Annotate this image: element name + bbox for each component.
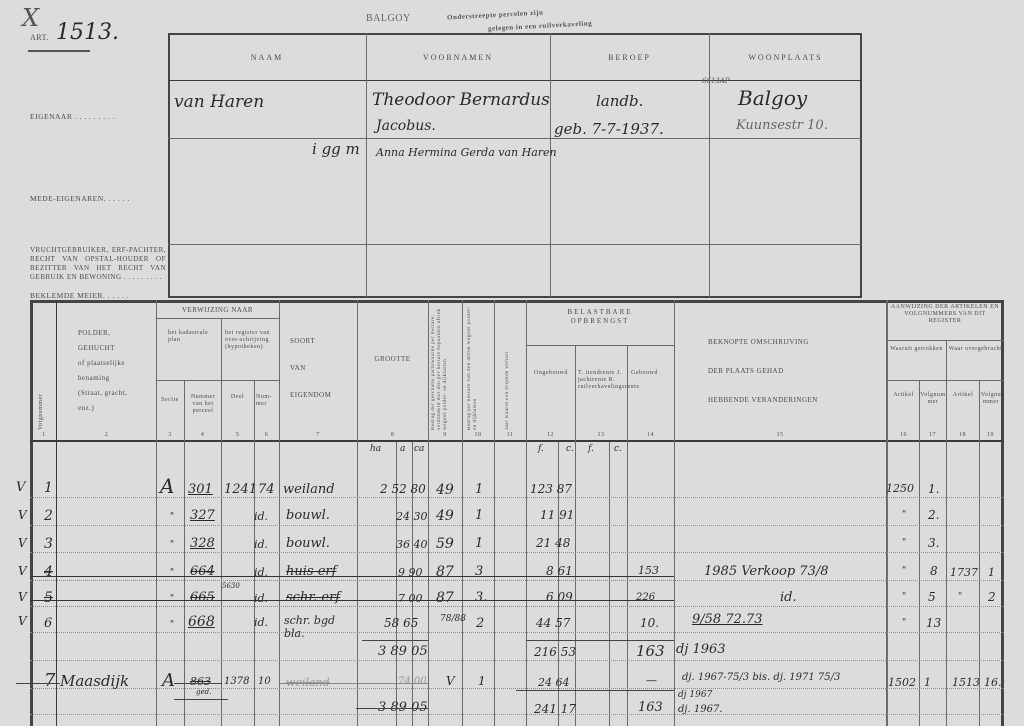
row-omschrijving: 9/58 72.73 bbox=[692, 612, 763, 627]
row-artikel-16: " bbox=[902, 566, 906, 576]
row-nummer: 10 bbox=[258, 676, 271, 687]
row-grootte: 9 90 bbox=[398, 566, 423, 579]
row-artikel-18: " bbox=[958, 592, 962, 602]
soort-line-3: EIGENDOM bbox=[290, 382, 331, 409]
row-pachtwaarde: 49 bbox=[436, 482, 454, 498]
row-ongebouwd: 24 64 bbox=[538, 676, 570, 689]
row-aftrek: 1 bbox=[478, 674, 486, 688]
row-nummer: 74 bbox=[258, 482, 275, 497]
row-sectie: A bbox=[160, 474, 174, 498]
total-gebouwd: 163 bbox=[638, 700, 663, 715]
check-mark: V bbox=[18, 536, 27, 550]
colnum-4: 4 bbox=[184, 432, 221, 439]
row-pachtwaarde: 49 bbox=[436, 508, 454, 524]
subtotal-grootte: 3 89 05 bbox=[378, 644, 428, 659]
polder-line-6: enz.) bbox=[78, 401, 154, 416]
row-artikel-16: 1502 bbox=[888, 676, 916, 689]
note-line2: gelegen in een ruilverkaveling bbox=[488, 19, 593, 32]
header-polder: POLDER, GEHUCHT of plaatselijke benaming… bbox=[78, 326, 154, 416]
header-rente: T. tiendrente J. jachtrente R. ruilverka… bbox=[578, 370, 626, 391]
row-volgnummer-19: 2 bbox=[988, 590, 996, 604]
strike-line bbox=[30, 600, 674, 601]
header-register: het register van over-schrijving (hypoth… bbox=[225, 330, 277, 351]
colnum-7: 7 bbox=[279, 432, 357, 439]
row-nummer: id. bbox=[254, 510, 268, 523]
row-grootte: 58 65 bbox=[384, 616, 418, 630]
header-woonplaats: WOONPLAATS bbox=[709, 53, 862, 62]
row-artikel-16: " bbox=[902, 510, 906, 520]
row-grootte: 7 00 bbox=[398, 592, 423, 605]
subtotal-ongebouwd: 216 53 bbox=[534, 645, 576, 659]
check-mark: V bbox=[18, 508, 27, 522]
label-eigenaar: EIGENAAR . . . . . . . . . bbox=[30, 112, 165, 121]
municipality: BALGOY bbox=[366, 13, 411, 24]
unit-c2: c. bbox=[614, 444, 622, 454]
row-deel: 1241 bbox=[224, 482, 257, 497]
header-gebouwd: Gebouwd bbox=[631, 370, 671, 377]
art-underline bbox=[28, 50, 90, 52]
unit-f2: f. bbox=[588, 444, 594, 454]
omschrijving-line-3: HEBBENDE VERANDERINGEN bbox=[708, 386, 818, 415]
row-gebouwd: 226 bbox=[636, 592, 655, 603]
row-soort: weiland bbox=[283, 482, 335, 497]
header-waar: Waar overgebracht bbox=[947, 346, 1004, 353]
check-mark: V bbox=[18, 564, 27, 578]
row-nr: 5 bbox=[44, 590, 53, 606]
underline bbox=[174, 699, 228, 700]
row-sectie: " bbox=[170, 594, 174, 604]
row-sectie: A bbox=[162, 670, 175, 691]
row-ongebouwd: 44 57 bbox=[536, 616, 570, 630]
row-aftrek: 1 bbox=[475, 508, 483, 523]
unit-a: a bbox=[400, 444, 405, 454]
header-volgnummer: Volgnummer bbox=[38, 380, 45, 430]
colnum-13: 13 bbox=[575, 432, 627, 439]
row-aftrek: 1 bbox=[475, 536, 483, 551]
polder-line-1: POLDER, bbox=[78, 326, 154, 341]
row-perceel: 328 bbox=[190, 536, 215, 551]
row-nr: 2 bbox=[44, 508, 53, 524]
row-pachtwaarde: 87 bbox=[436, 590, 454, 606]
row-sectie: " bbox=[170, 620, 174, 630]
strike-line bbox=[16, 683, 60, 684]
row-grootte: 74 00 bbox=[398, 676, 427, 687]
header-nummer-perceel: Nummer van het perceel bbox=[185, 394, 221, 415]
row-aftrek: 1 bbox=[475, 482, 483, 497]
colnum-15: 15 bbox=[674, 432, 886, 439]
cross-mark: X bbox=[22, 4, 39, 32]
row-pachtwaarde: 78/88 bbox=[440, 614, 466, 624]
row-artikel-16: 1250 bbox=[886, 482, 914, 495]
row-perceel: 327 bbox=[190, 508, 215, 523]
row-volgnummer-17: 13 bbox=[926, 616, 941, 630]
owner-voornamen-2: Jacobus. bbox=[376, 118, 436, 134]
check-mark: V bbox=[18, 590, 27, 604]
omschrijving-line-2: DER PLAATS GEHAD bbox=[708, 357, 818, 386]
colnum-8: 8 bbox=[357, 432, 428, 439]
header-pachtwaarde: Bedrag der geschatte pachtwaarde per hec… bbox=[431, 305, 459, 430]
row-deel: 5630 bbox=[222, 582, 240, 590]
row-perceel: 668 bbox=[188, 614, 215, 630]
row-polder: Maasdijk bbox=[60, 672, 129, 690]
unit-f1: f. bbox=[538, 444, 544, 454]
colnum-10: 10 bbox=[462, 432, 494, 439]
owner-beroep: landb. bbox=[596, 92, 643, 110]
row-nr: 4 bbox=[44, 564, 53, 580]
header-soort: SOORT VAN EIGENDOM bbox=[290, 328, 331, 409]
colnum-17: 17 bbox=[919, 432, 946, 439]
spouse-name: Anna Hermina Gerda van Haren bbox=[376, 146, 557, 159]
row-volgnummer-17: 1 bbox=[924, 676, 931, 689]
strike-line bbox=[30, 576, 674, 577]
row-ongebouwd: 21 48 bbox=[536, 536, 570, 550]
row-pachtwaarde: 87 bbox=[436, 564, 454, 580]
row-omschrijving: id. bbox=[780, 590, 797, 605]
subtotal-gebouwd: 163 bbox=[636, 642, 665, 660]
unit-ca: ca bbox=[414, 444, 424, 454]
row-soort: schr. bgd bla. bbox=[284, 614, 356, 640]
header-naam: NAAM bbox=[168, 53, 366, 62]
label-beklemde: BEKLEMDE MEIER. . . . . . bbox=[30, 291, 165, 300]
header-artikel-18: Artikel bbox=[947, 392, 979, 399]
header-volgnummer-17: Volgnummer bbox=[920, 392, 946, 406]
owner-postcode: 6613AP bbox=[702, 77, 730, 85]
owner-voornamen-1: Theodoor Bernardus bbox=[372, 90, 550, 110]
row-nr: 6 bbox=[44, 616, 52, 631]
row-perceel: 665 bbox=[190, 590, 215, 605]
row-nummer: id. bbox=[254, 538, 268, 551]
strike-line bbox=[280, 683, 428, 684]
header-aanwijzing: AANWIJZING DER ARTIKELEN EN VOLGNUMMERS … bbox=[888, 304, 1002, 325]
art-label: ART. bbox=[30, 33, 49, 42]
header-num-mer: Num-mer bbox=[256, 394, 278, 408]
row-gebouwd: 10. bbox=[640, 616, 659, 630]
row-artikel-18: 1737 bbox=[950, 566, 978, 579]
row-pachtwaarde: V bbox=[446, 674, 455, 688]
subtotal-omschrijving: dj 1963 bbox=[676, 642, 726, 657]
colnum-3: 3 bbox=[156, 432, 184, 439]
note-line1: Onderstreepte percelen zijn bbox=[447, 8, 544, 21]
row-artikel-16: " bbox=[902, 538, 906, 548]
total-omschrijving-2: dj. 1967. bbox=[678, 704, 723, 715]
header-grootte: GROOTTE bbox=[357, 355, 428, 363]
strike-line bbox=[174, 683, 222, 684]
row-perceel: 301 bbox=[188, 482, 213, 497]
polder-line-3: of plaatselijke bbox=[78, 356, 154, 371]
owner-adres: Kuunsestr 10. bbox=[736, 118, 828, 133]
row-perceel: 863 bbox=[190, 675, 211, 688]
row-grootte: 36 40 bbox=[396, 538, 428, 551]
polder-line-4: benaming bbox=[78, 371, 154, 386]
row-sectie: " bbox=[170, 540, 174, 550]
parcel-table bbox=[30, 300, 1004, 726]
colnum-14: 14 bbox=[627, 432, 674, 439]
colnum-6: 6 bbox=[254, 432, 279, 439]
spouse-prefix: i gg m bbox=[312, 140, 360, 158]
colnum-2: 2 bbox=[57, 432, 156, 439]
header-kadastrale: het kadastrale plan bbox=[168, 330, 218, 344]
row-omschrijving: 1985 Verkoop 73/8 bbox=[704, 564, 829, 579]
check-mark: V bbox=[16, 480, 25, 495]
row-nummer: id. bbox=[254, 616, 268, 629]
row-grootte: 24 30 bbox=[396, 510, 428, 523]
row-volgnummer-17: 1. bbox=[928, 482, 939, 496]
row-artikel-18: 1513 bbox=[952, 676, 980, 689]
polder-line-5: (Straat, gracht, bbox=[78, 386, 154, 401]
unit-ha: ha bbox=[370, 444, 381, 454]
colnum-9: 9 bbox=[428, 432, 462, 439]
unit-c1: c. bbox=[566, 444, 574, 454]
colnum-18: 18 bbox=[946, 432, 979, 439]
header-aftrek: Bedrag per hectare van den aftrek wegens… bbox=[467, 305, 489, 430]
row-soort: schr. erf bbox=[286, 590, 340, 605]
owner-birthdate: geb. 7-7-1937. bbox=[554, 120, 664, 138]
owner-woonplaats: Balgoy bbox=[738, 86, 807, 110]
row-grootte: 2 52 80 bbox=[380, 482, 426, 496]
soort-line-2: VAN bbox=[290, 355, 331, 382]
row-volgnummer-17: 3. bbox=[928, 536, 939, 550]
omschrijving-line-1: BEKNOPTE OMSCHRIJVING bbox=[708, 328, 818, 357]
colnum-11: 11 bbox=[494, 432, 526, 439]
header-artikel-16: Artikel bbox=[888, 392, 919, 399]
row-sectie: " bbox=[170, 512, 174, 522]
row-volgnummer-17: 2. bbox=[928, 508, 939, 522]
colnum-16: 16 bbox=[888, 432, 919, 439]
header-ongebouwd: Ongebouwd bbox=[534, 370, 572, 377]
row-volgnummer-17: 5 bbox=[928, 590, 936, 604]
row-nummer: id. bbox=[254, 566, 268, 579]
row-ongebouwd: 11 91 bbox=[540, 508, 574, 522]
row-artikel-16: " bbox=[902, 618, 906, 628]
row-volgnummer-19: 16. bbox=[984, 676, 1002, 689]
row-omschrijving: dj. 1967-75/3 bis. dj. 1971 75/3 bbox=[682, 672, 840, 683]
header-waaruit: Waaruit getrokken bbox=[888, 346, 945, 353]
colnum-12: 12 bbox=[526, 432, 575, 439]
header-omschrijving: BEKNOPTE OMSCHRIJVING DER PLAATS GEHAD H… bbox=[708, 328, 818, 415]
row-volgnummer-19: 1 bbox=[988, 566, 995, 579]
underline bbox=[516, 690, 674, 691]
header-deel: Deel bbox=[221, 394, 254, 401]
row-nr: 3 bbox=[44, 536, 53, 552]
row-pachtwaarde: 59 bbox=[436, 536, 454, 552]
row-soort: bouwl. bbox=[286, 536, 330, 551]
header-beroep: BEROEP bbox=[550, 53, 709, 62]
art-number: 1513. bbox=[56, 20, 119, 45]
soort-line-1: SOORT bbox=[290, 328, 331, 355]
row-perceel-note: ged. bbox=[196, 688, 211, 696]
row-deel: 1378 bbox=[224, 676, 249, 687]
row-nr: 7 bbox=[44, 670, 55, 691]
total-ongebouwd: 241 17 bbox=[534, 702, 576, 716]
row-soort: bouwl. bbox=[286, 508, 330, 523]
label-mede-eigenaren: MEDE-EIGENAREN. . . . . . bbox=[30, 194, 165, 203]
header-voornamen: VOORNAMEN bbox=[366, 53, 550, 62]
owner-naam: van Haren bbox=[174, 92, 264, 112]
row-nummer: id. bbox=[254, 592, 268, 605]
row-aftrek: 3. bbox=[475, 590, 487, 605]
row-volgnummer-17: 8 bbox=[930, 564, 938, 578]
header-volgnummer-19: Volgnummer bbox=[980, 392, 1002, 406]
row-aftrek: 2 bbox=[476, 616, 484, 631]
label-vruchtgebruiker: VRUCHTGEBRUIKER, ERF-PACHTER, RECHT VAN … bbox=[30, 246, 166, 282]
header-sectie: Sectie bbox=[156, 397, 184, 404]
colnum-19: 19 bbox=[979, 432, 1002, 439]
header-vrijdom: Jaar waarin een vrijdom vervalt bbox=[505, 305, 511, 430]
colnum-5: 5 bbox=[221, 432, 254, 439]
row-artikel-16: " bbox=[902, 592, 906, 602]
header-belastbare: BELASTBARE OPBRENGST bbox=[540, 308, 660, 326]
header-verwijzing: VERWIJZING NAAR bbox=[156, 306, 279, 315]
row-nr: 1 bbox=[44, 480, 53, 496]
total-omschrijving-1: dj 1967 bbox=[678, 690, 712, 700]
check-mark: V bbox=[18, 614, 27, 628]
owner-table bbox=[168, 33, 862, 298]
colnum-1: 1 bbox=[32, 432, 56, 439]
row-ongebouwd: 6 09 bbox=[546, 590, 573, 604]
polder-line-2: GEHUCHT bbox=[78, 341, 154, 356]
row-ongebouwd: 123 87 bbox=[530, 482, 572, 496]
row-gebouwd: — bbox=[646, 674, 657, 687]
